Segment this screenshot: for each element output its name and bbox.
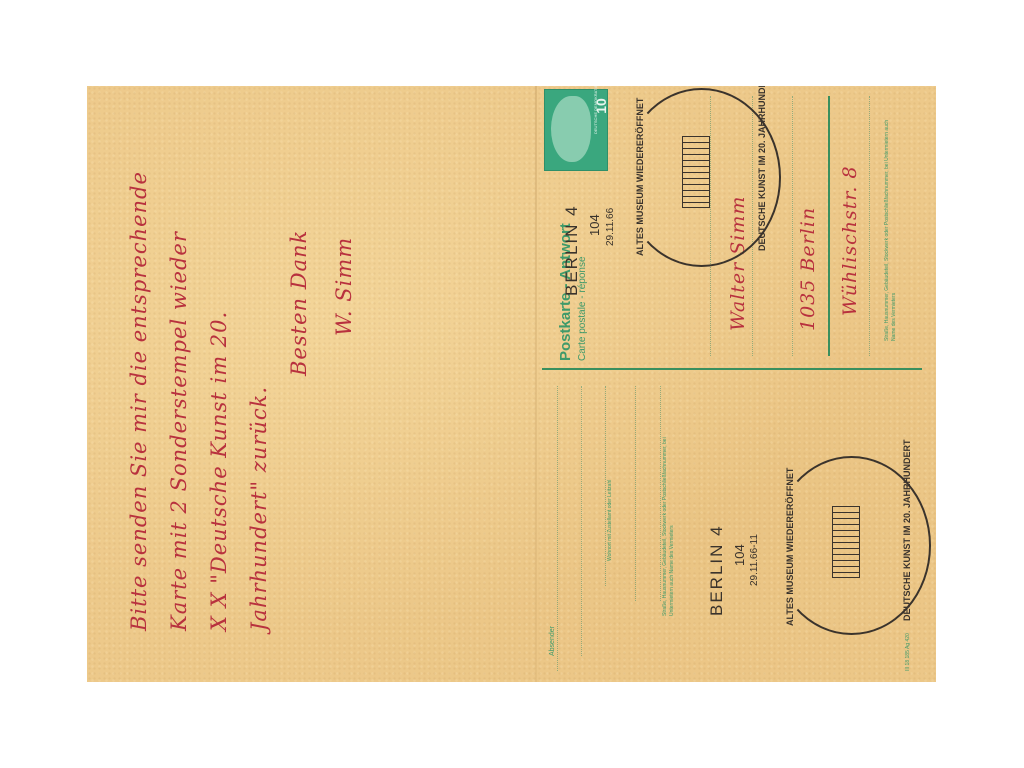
- message-closing: Besten Dank: [287, 230, 311, 376]
- print-code: III 18 185 Ag 420: [905, 633, 911, 671]
- postmark-city: BERLIN 4: [707, 524, 727, 616]
- portrait-icon: [551, 96, 591, 162]
- address-line: [869, 96, 870, 356]
- postcard: Bitte senden Sie mir die entsprechende K…: [87, 86, 936, 682]
- postmark-ring-bottom: DEUTSCHE KUNST IM 20. JAHRHUNDERT: [757, 86, 767, 251]
- sender-line: [581, 386, 582, 656]
- sender-line: [605, 386, 606, 586]
- postmark-ring-top: ALTES MUSEUM WIEDERERÖFFNET: [785, 468, 795, 626]
- stamp-country: DEUTSCHE DEMOKRATISCHE REPUBLIK: [593, 86, 598, 134]
- address-caption: Straße, Hausnummer, Gebäudeteil, Stockwe…: [884, 111, 898, 341]
- postmark-ring-top: ALTES MUSEUM WIEDERERÖFFNET: [635, 98, 645, 256]
- sender-line: [557, 386, 558, 671]
- postage-stamp: 10 DEUTSCHE DEMOKRATISCHE REPUBLIK: [544, 89, 608, 171]
- postmark-city: BERLIN 4: [562, 204, 582, 296]
- museum-icon: [682, 136, 710, 208]
- sender-line: [660, 386, 661, 601]
- postmark-office: 104: [587, 214, 602, 236]
- message-signature: W. Simm: [332, 237, 356, 336]
- sender-label: Absender: [549, 626, 556, 656]
- message-line: Bitte senden Sie mir die entsprechende: [127, 171, 151, 631]
- message-line: X X "Deutsche Kunst im 20.: [207, 311, 231, 631]
- address-city: 1035 Berlin: [797, 207, 819, 331]
- message-line: Karte mit 2 Sonderstempel wieder: [167, 231, 191, 631]
- sender-line: [635, 386, 636, 601]
- card-fold: [535, 86, 537, 682]
- museum-icon: [832, 506, 860, 578]
- sender-caption-1: Wohnort mit Zustellamt oder Leitzahl: [607, 480, 613, 561]
- address-line: [792, 96, 793, 356]
- postmark-date: 29.11.66-11: [749, 534, 760, 586]
- message-line: Jahrhundert" zurück.: [247, 386, 271, 631]
- sender-caption-2: Straße, Hausnummer, Gebäudeteil, Stockwe…: [662, 416, 676, 616]
- address-street: Wühlischstr. 8: [839, 165, 861, 316]
- postmark-office: 104: [732, 544, 747, 566]
- postmark-ring-bottom: DEUTSCHE KUNST IM 20. JAHRHUNDERT: [902, 439, 912, 621]
- divider-vertical: [828, 96, 830, 356]
- divider-horizontal: [542, 368, 922, 370]
- postmark-date: 29.11.66: [605, 208, 616, 246]
